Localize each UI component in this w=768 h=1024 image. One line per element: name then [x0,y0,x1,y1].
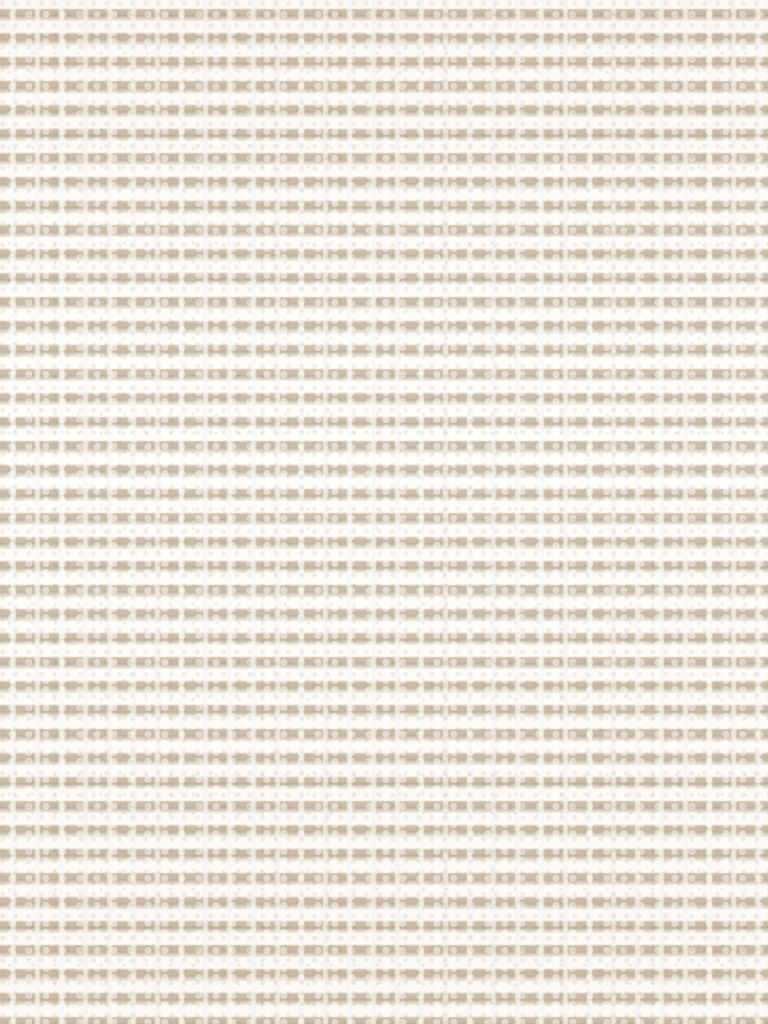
lighting-shade [0,0,768,1024]
fabric-texture-image [0,0,768,1024]
